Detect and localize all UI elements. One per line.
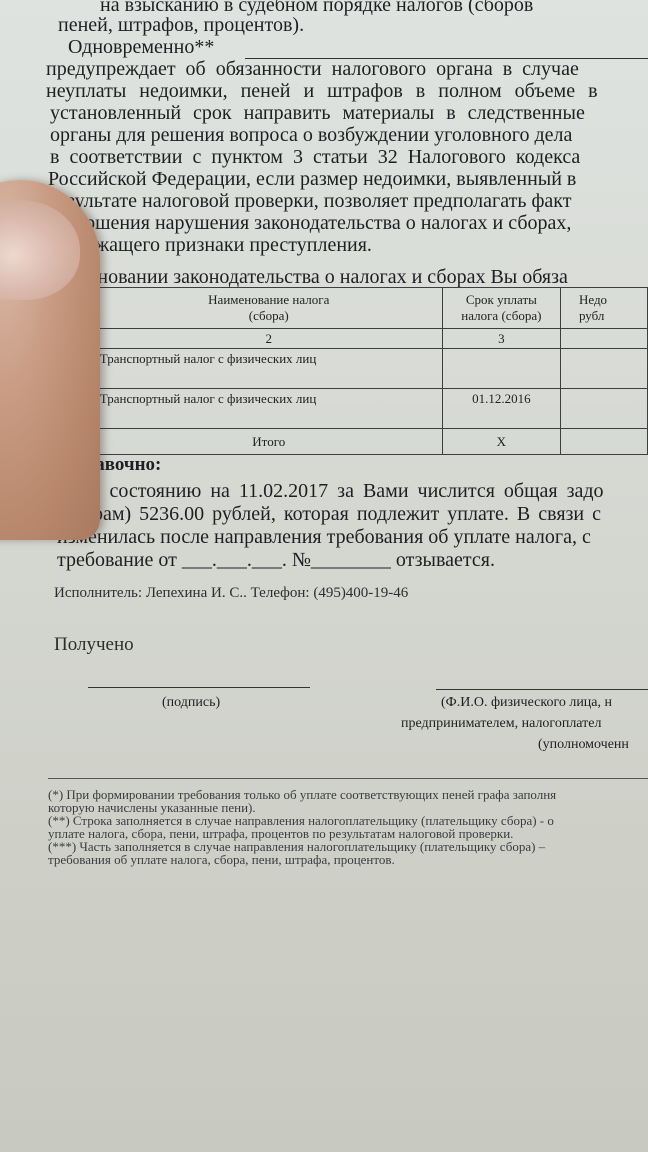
name-caption: (уполномоченн — [538, 734, 629, 756]
reference-line: требование от ___.___.___. №________ отз… — [57, 549, 495, 571]
footnote: требования об уплате налога, сбора, пени… — [48, 853, 395, 866]
received-label: Получено — [54, 634, 134, 656]
header-amount: Недо рубл — [560, 288, 647, 329]
intro-line: установленный срок направить материалы в… — [50, 102, 585, 124]
table-row: 2 Транспортный налог с физических лиц 01… — [58, 389, 648, 429]
intro-line: совершения нарушения законодательства о … — [48, 212, 571, 234]
reference-line: (сборам) 5236.00 рублей, которая подлежи… — [57, 503, 601, 525]
name-caption: предпринимателем, налогоплател — [401, 713, 601, 735]
intro-line: результате налоговой проверки, позволяет… — [48, 190, 572, 212]
intro-line: органы для решения вопроса о возбуждении… — [50, 124, 572, 146]
intro-line: Одновременно** — [68, 36, 214, 58]
signature-caption: (подпись) — [162, 692, 220, 714]
reference-line: изменилась после направления требования … — [57, 526, 591, 548]
intro-line: пеней, штрафов, процентов). — [58, 14, 304, 36]
header-tax-name: Наименование налога (сбора) — [95, 288, 442, 329]
tax-table: Наименование налога (сбора) Срок уплаты … — [57, 287, 648, 455]
obligation-line: основании законодательства о налогах и с… — [78, 266, 568, 288]
table-total-row: Итого X — [58, 429, 648, 455]
intro-line: в соответствии с пунктом 3 статьи 32 Нал… — [50, 146, 580, 168]
column-number-row: 2 3 — [58, 329, 648, 349]
intro-line: предупреждает об обязанности налогового … — [46, 58, 579, 80]
document-page: на взысканию в судебном порядке налогов … — [0, 0, 648, 1152]
name-caption: (Ф.И.О. физического лица, н — [441, 692, 612, 714]
intro-line: неуплаты недоимки, пеней и штрафов в пол… — [46, 80, 598, 102]
name-line — [436, 689, 648, 690]
header-due-date: Срок уплаты налога (сбора) — [442, 288, 560, 329]
reference-line: По состоянию на 11.02.2017 за Вами числи… — [76, 480, 604, 502]
table-header-row: Наименование налога (сбора) Срок уплаты … — [58, 288, 648, 329]
signature-line — [88, 687, 310, 688]
table-row: Транспортный налог с физических лиц — [58, 349, 648, 389]
intro-line: Российской Федерации, если размер недоим… — [48, 168, 576, 190]
footnote-divider — [48, 778, 648, 779]
executor-line: Исполнитель: Лепехина И. С.. Телефон: (4… — [54, 582, 408, 604]
